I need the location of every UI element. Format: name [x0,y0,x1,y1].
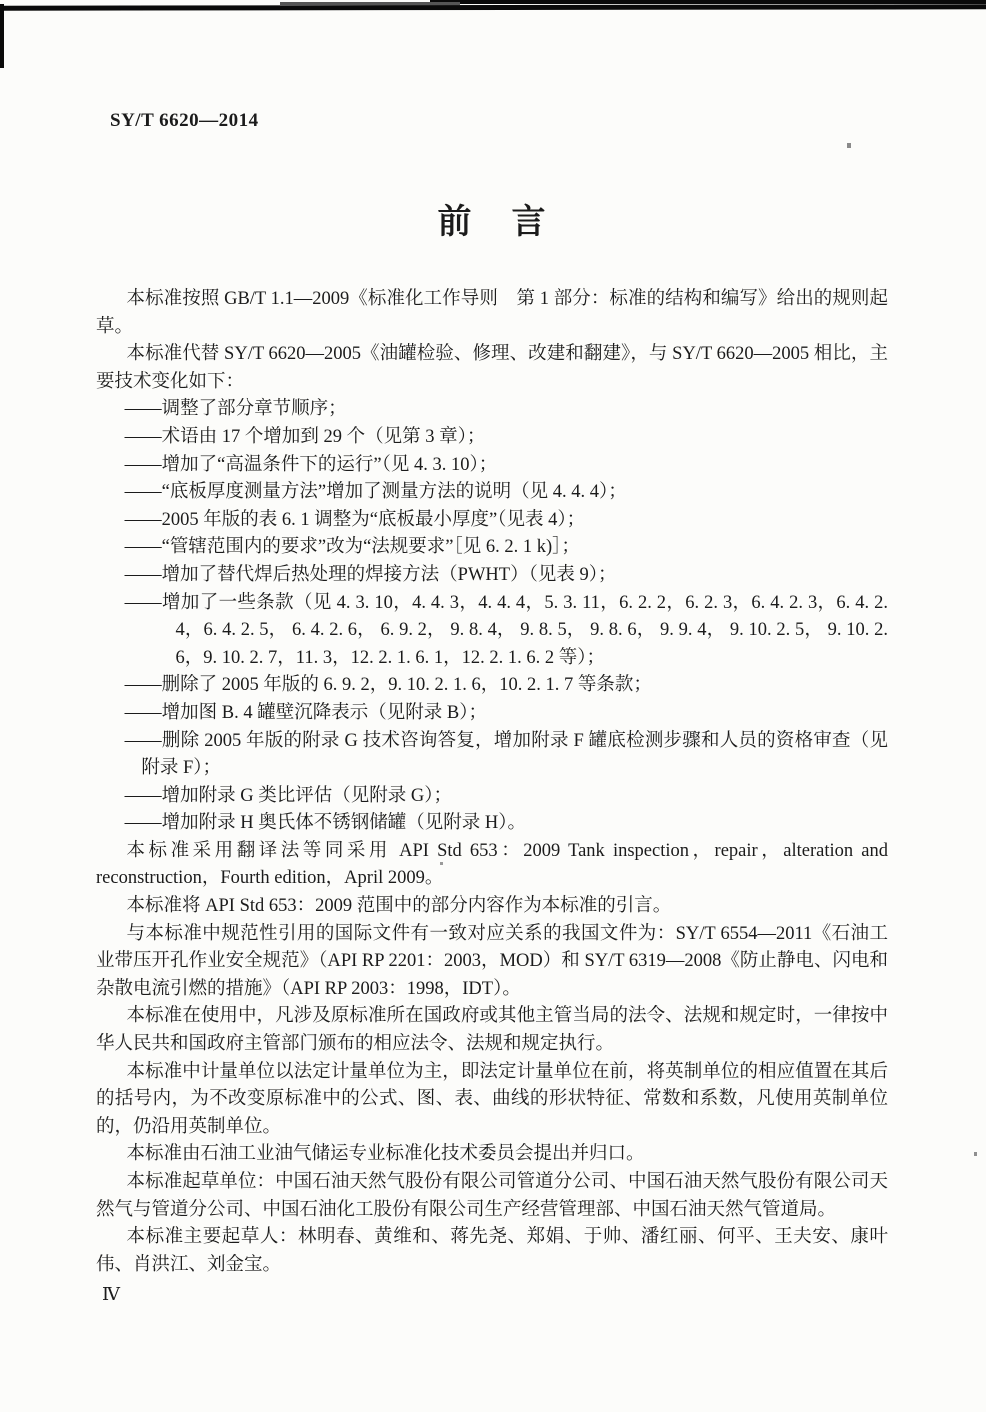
paragraph-legal-usage: 本标准在使用中，凡涉及原标准所在国政府或其他主管当局的法令、法规和规定时，一律按… [96,1003,888,1058]
change-item: ——删除了 2005 年版的 6. 9. 2，9. 10. 2. 1. 6，10… [96,672,888,700]
change-item: ——增加图 B. 4 罐壁沉降表示（见附录 B）； [96,700,888,728]
scan-artifact-left-tick [0,4,4,68]
change-item: ——增加了“高温条件下的运行”（见 4. 3. 10）； [96,452,888,480]
change-item: ——增加了替代焊后热处理的焊接方法（PWHT）（见表 9）； [96,562,888,590]
scan-artifact-speck [847,143,851,148]
change-item: ——2005 年版的表 6. 1 调整为“底板最小厚度”（见表 4）； [96,507,888,535]
scan-artifact-speck [440,862,443,865]
change-item: ——“底板厚度测量方法”增加了测量方法的说明（见 4. 4. 4）； [96,479,888,507]
change-item: ——“管辖范围内的要求”改为“法规要求”［见 6. 2. 1 k)］； [96,534,888,562]
paragraph-corresponding-docs: 与本标准中规范性引用的国际文件有一致对应关系的我国文件为：SY/T 6554—2… [96,921,888,1004]
change-item: ——增加附录 G 类比评估（见附录 G）； [96,783,888,811]
paragraph-drafting-orgs: 本标准起草单位：中国石油天然气股份有限公司管道分公司、中国石油天然气股份有限公司… [96,1169,888,1224]
change-item: ——增加了一些条款（见 4. 3. 10，4. 4. 3，4. 4. 4，5. … [96,590,888,673]
foreword-body: 本标准按照 GB/T 1.1—2009《标准化工作导则 第 1 部分：标准的结构… [96,286,888,1279]
paragraph-drafting-rules: 本标准按照 GB/T 1.1—2009《标准化工作导则 第 1 部分：标准的结构… [96,286,888,341]
page-number: Ⅳ [102,1284,120,1305]
paragraph-scope-intro: 本标准将 API Std 653：2009 范围中的部分内容作为本标准的引言。 [96,893,888,921]
change-item: ——删除 2005 年版的附录 G 技术咨询答复，增加附录 F 罐底检测步骤和人… [96,728,888,783]
standard-number-header: SY/T 6620—2014 [110,110,259,132]
change-item: ——增加附录 H 奥氏体不锈钢储罐（见附录 H）。 [96,810,888,838]
paragraph-units: 本标准中计量单位以法定计量单位为主，即法定计量单位在前，将英制单位的相应值置在其… [96,1059,888,1142]
paragraph-translation: 本标准采用翻译法等同采用 API Std 653：2009 Tank inspe… [96,838,888,893]
scan-artifact-top-bar [430,0,986,4]
scan-artifact-speck [974,1152,977,1156]
paragraph-replaces: 本标准代替 SY/T 6620—2005《油罐检验、修理、改建和翻建》，与 SY… [96,341,888,396]
paragraph-committee: 本标准由石油工业油气储运专业标准化技术委员会提出并归口。 [96,1141,888,1169]
paragraph-drafters: 本标准主要起草人：林明春、黄维和、蒋先尧、郑娟、于帅、潘红丽、何平、王夫安、康叶… [96,1224,888,1279]
change-item: ——调整了部分章节顺序； [96,396,888,424]
document-page: SY/T 6620—2014 前 言 本标准按照 GB/T 1.1—2009《标… [0,0,986,1412]
scan-artifact-top-bar [280,2,460,5]
change-item: ——术语由 17 个增加到 29 个（见第 3 章）； [96,424,888,452]
